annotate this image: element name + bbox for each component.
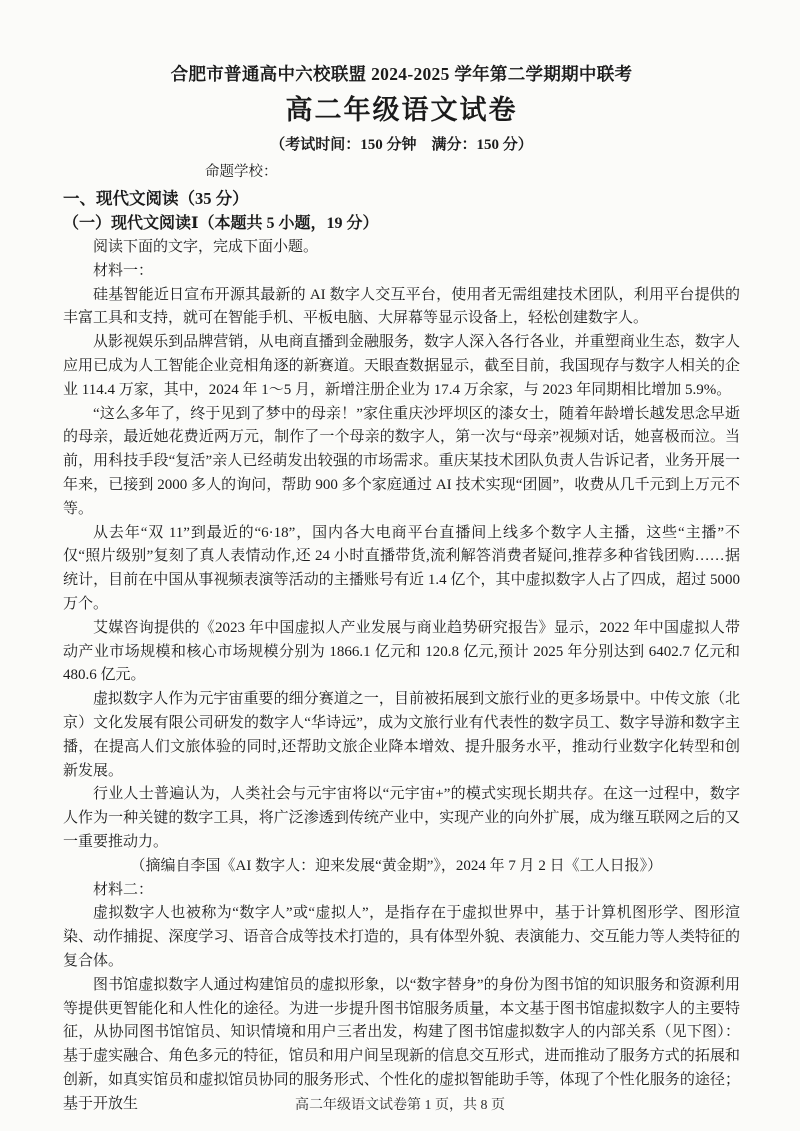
material1-paragraph-4: 从去年“双 11”到最近的“6·18”，国内各大电商平台直播间上线多个数字人主播… [63,522,740,617]
material2-label: 材料二： [63,879,740,903]
material1-paragraph-7: 行业人士普遍认为，人类社会与元宇宙将以“元宇宙+”的模式实现长期共存。在这一过程… [63,783,740,854]
exam-title: 合肥市普通高中六校联盟 2024-2025 学年第二学期期中联考 [63,62,740,86]
material2-paragraph-2: 图书馆虚拟数字人通过构建馆员的虚拟形象，以“数字替身”的身份为图书馆的知识服务和… [63,974,740,1117]
material1-paragraph-5: 艾媒咨询提供的《2023 年中国虚拟人产业发展与商业趋势研究报告》显示，2022… [63,617,740,688]
material1-source-citation: （摘编自李国《AI 数字人：迎来发展“黄金期”》，2024 年 7 月 2 日《… [63,855,740,879]
exam-subtitle: 高二年级语文试卷 [63,92,740,128]
subsection-heading-reading-1: （一）现代文阅读Ⅰ（本题共 5 小题，19 分） [63,212,740,236]
reading-instruction: 阅读下面的文字，完成下面小题。 [63,236,740,260]
material1-paragraph-2: 从影视娱乐到品牌营销，从电商直播到金融服务，数字人深入各行各业，并重塑商业生态，… [63,331,740,402]
section-heading-modern-reading: 一、现代文阅读（35 分） [63,187,740,211]
exam-time-score-meta: （考试时间：150 分钟 满分：150 分） [63,135,740,155]
exam-paper-page: 合肥市普通高中六校联盟 2024-2025 学年第二学期期中联考 高二年级语文试… [0,0,800,1131]
page-number-footer: 高二年级语文试卷第 1 页，共 8 页 [0,1097,800,1115]
material1-paragraph-1: 硅基智能近日宣布开源其最新的 AI 数字人交互平台，使用者无需组建技术团队，利用… [63,284,740,332]
material1-paragraph-3: “这么多年了，终于见到了梦中的母亲！”家住重庆沙坪坝区的漆女士，随着年龄增长越发… [63,403,740,522]
proposing-school-label: 命题学校： [205,162,740,182]
material1-paragraph-6: 虚拟数字人作为元宇宙重要的细分赛道之一，目前被拓展到文旅行业的更多场景中。中传文… [63,688,740,783]
material2-paragraph-1: 虚拟数字人也被称为“数字人”或“虚拟人”，是指存在于虚拟世界中，基于计算机图形学… [63,902,740,973]
material1-label: 材料一： [63,260,740,284]
